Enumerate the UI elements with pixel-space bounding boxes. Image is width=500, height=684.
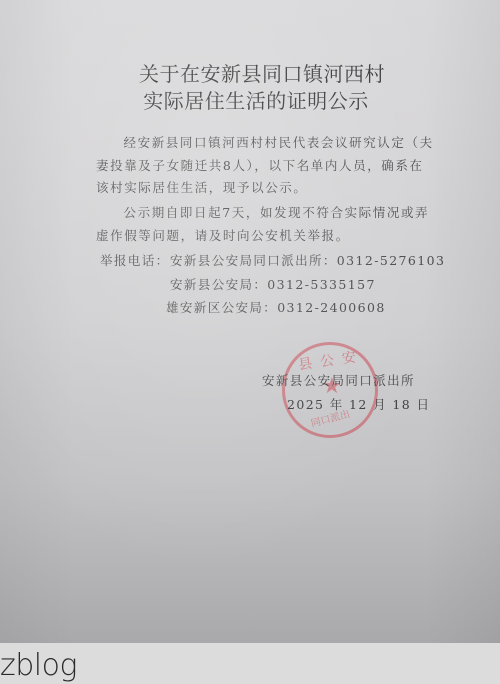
paragraph-verification: 经安新县同口镇河西村村民代表会议研究认定（夫妻投靠及子女随迁共8人），以下名单内…: [96, 132, 436, 200]
report-phone-entry: 安新县公安局同口派出所：0312-5276103: [170, 251, 445, 269]
report-phone-entry: 安新县公安局：0312-5335157: [170, 275, 376, 293]
watermark-text: zblog: [0, 648, 77, 684]
paragraph-notice-period: 公示期自即日起7天，如发现不符合实际情况或弄虚作假等问题，请及时向公安机关举报。: [96, 202, 436, 247]
report-phone-entry: 雄安新区公安局：0312-2400608: [166, 298, 386, 316]
signature-date: 2025 年 12 月 18 日: [287, 395, 430, 413]
document-photo: 关于在安新县同口镇河西村 实际居住生活的证明公示 经安新县同口镇河西村村民代表会…: [0, 0, 500, 643]
document-title-line1: 关于在安新县同口镇河西村: [12, 58, 500, 87]
document-title-line2: 实际居住生活的证明公示: [6, 85, 500, 114]
signature-organization: 安新县公安局同口派出所: [262, 371, 415, 389]
report-phone-label: 举报电话：: [100, 251, 170, 269]
